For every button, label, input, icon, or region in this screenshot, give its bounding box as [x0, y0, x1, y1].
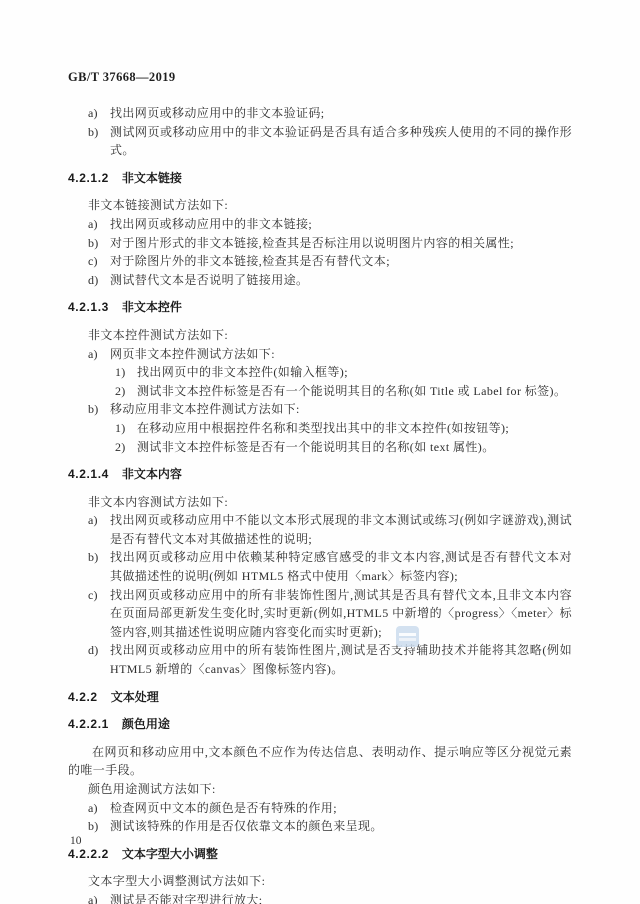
- list-item: a) 找出网页或移动应用中的非文本链接;: [88, 215, 572, 234]
- list-marker: b): [88, 234, 110, 253]
- list-marker: d): [88, 641, 110, 678]
- list-item-text: 在移动应用中根据控件名称和类型找出其中的非文本控件(如按钮等);: [137, 419, 572, 438]
- list-marker: 1): [115, 363, 137, 382]
- section-heading-non-text-link: 4.2.1.2非文本链接: [68, 169, 572, 188]
- list-marker: a): [88, 511, 110, 548]
- section-heading-non-text-control: 4.2.1.3非文本控件: [68, 298, 572, 317]
- list-item-text: 对于除图片外的非文本链接,检查其是否有替代文本;: [110, 252, 572, 271]
- list-marker: a): [88, 215, 110, 234]
- section-title: 颜色用途: [122, 717, 170, 731]
- sub-list-item: 2) 测试非文本控件标签是否有一个能说明其目的名称(如 Title 或 Labe…: [115, 382, 572, 401]
- section-heading-font-size-adjust: 4.2.2.2文本字型大小调整: [68, 845, 572, 864]
- list-marker: 2): [115, 382, 137, 401]
- list-item: a) 网页非文本控件测试方法如下:: [88, 345, 572, 364]
- page-number: 10: [70, 835, 82, 847]
- list-marker: 1): [115, 419, 137, 438]
- section-lead: 非文本链接测试方法如下:: [88, 196, 572, 215]
- list-item-text: 测试替代文本是否说明了链接用途。: [110, 271, 572, 290]
- section-paragraph: 在网页和移动应用中,文本颜色不应作为传达信息、表明动作、提示响应等区分视觉元素的…: [68, 743, 572, 780]
- list-item-text: 找出网页中的非文本控件(如输入框等);: [137, 363, 572, 382]
- section-number: 4.2.2.1: [68, 717, 109, 731]
- section-number: 4.2.2.2: [68, 847, 109, 861]
- list-marker: a): [88, 891, 110, 904]
- list-marker: c): [88, 586, 110, 642]
- list-item-text: 找出网页或移动应用中依赖某种特定感官感受的非文本内容,测试是否有替代文本对其做描…: [110, 548, 572, 585]
- list-item-text: 找出网页或移动应用中的所有装饰性图片,测试是否支持辅助技术并能将其忽略(例如 H…: [110, 641, 572, 678]
- list-item: a) 测试是否能对字型进行放大;: [88, 891, 572, 904]
- list-item-text: 网页非文本控件测试方法如下:: [110, 345, 572, 364]
- section-number: 4.2.2: [68, 690, 98, 704]
- list-item: b) 对于图片形式的非文本链接,检查其是否标注用以说明图片内容的相关属性;: [88, 234, 572, 253]
- list-item-text: 检查网页中文本的颜色是否有特殊的作用;: [110, 799, 572, 818]
- standard-number-header: GB/T 37668—2019: [68, 70, 572, 85]
- section-lead: 文本字型大小调整测试方法如下:: [88, 872, 572, 891]
- list-item-text: 测试非文本控件标签是否有一个能说明其目的名称(如 text 属性)。: [137, 438, 572, 457]
- sub-list-item: 2) 测试非文本控件标签是否有一个能说明其目的名称(如 text 属性)。: [115, 438, 572, 457]
- section-heading-color-usage: 4.2.2.1颜色用途: [68, 715, 572, 734]
- section-number: 4.2.1.3: [68, 300, 109, 314]
- list-marker: a): [88, 104, 110, 123]
- list-item-text: 测试是否能对字型进行放大;: [110, 891, 572, 904]
- sub-list-item: 1) 在移动应用中根据控件名称和类型找出其中的非文本控件(如按钮等);: [115, 419, 572, 438]
- list-marker: 2): [115, 438, 137, 457]
- section-title: 文本处理: [111, 690, 159, 704]
- list-item: c) 对于除图片外的非文本链接,检查其是否有替代文本;: [88, 252, 572, 271]
- section-lead: 非文本控件测试方法如下:: [88, 326, 572, 345]
- section-lead: 非文本内容测试方法如下:: [88, 493, 572, 512]
- list-item-text: 移动应用非文本控件测试方法如下:: [110, 400, 572, 419]
- list-item: a) 检查网页中文本的颜色是否有特殊的作用;: [88, 799, 572, 818]
- section-number: 4.2.1.2: [68, 171, 109, 185]
- list-item: b) 移动应用非文本控件测试方法如下:: [88, 400, 572, 419]
- section-title: 非文本内容: [122, 467, 182, 481]
- section-lead: 颜色用途测试方法如下:: [88, 780, 572, 799]
- section-title: 非文本控件: [122, 300, 182, 314]
- list-marker: b): [88, 123, 110, 160]
- section-heading-non-text-content: 4.2.1.4非文本内容: [68, 465, 572, 484]
- list-item-text: 测试该特殊的作用是否仅依靠文本的颜色来呈现。: [110, 817, 572, 836]
- section-title: 文本字型大小调整: [122, 847, 218, 861]
- list-item: b) 测试网页或移动应用中的非文本验证码是否具有适合多种残疾人使用的不同的操作形…: [88, 123, 572, 160]
- list-marker: a): [88, 799, 110, 818]
- section-number: 4.2.1.4: [68, 467, 109, 481]
- list-item-text: 找出网页或移动应用中的非文本验证码;: [110, 104, 572, 123]
- list-item-text: 找出网页或移动应用中的非文本链接;: [110, 215, 572, 234]
- sub-list-item: 1) 找出网页中的非文本控件(如输入框等);: [115, 363, 572, 382]
- list-marker: b): [88, 400, 110, 419]
- list-marker: c): [88, 252, 110, 271]
- list-item-text: 对于图片形式的非文本链接,检查其是否标注用以说明图片内容的相关属性;: [110, 234, 572, 253]
- list-item: b) 找出网页或移动应用中依赖某种特定感官感受的非文本内容,测试是否有替代文本对…: [88, 548, 572, 585]
- list-item: c) 找出网页或移动应用中的所有非装饰性图片,测试其是否具有替代文本,且非文本内…: [88, 586, 572, 642]
- list-item: a) 找出网页或移动应用中的非文本验证码;: [88, 104, 572, 123]
- document-page: GB/T 37668—2019 a) 找出网页或移动应用中的非文本验证码; b)…: [0, 0, 640, 904]
- list-item: a) 找出网页或移动应用中不能以文本形式展现的非文本测试或练习(例如字谜游戏),…: [88, 511, 572, 548]
- list-item-text: 测试网页或移动应用中的非文本验证码是否具有适合多种残疾人使用的不同的操作形式。: [110, 123, 572, 160]
- watermark-badge-icon: [396, 626, 419, 647]
- list-item-text: 找出网页或移动应用中的所有非装饰性图片,测试其是否具有替代文本,且非文本内容在页…: [110, 586, 572, 642]
- list-item: b) 测试该特殊的作用是否仅依靠文本的颜色来呈现。: [88, 817, 572, 836]
- list-marker: b): [88, 548, 110, 585]
- list-item: d) 找出网页或移动应用中的所有装饰性图片,测试是否支持辅助技术并能将其忽略(例…: [88, 641, 572, 678]
- section-title: 非文本链接: [122, 171, 182, 185]
- list-marker: a): [88, 345, 110, 364]
- list-marker: d): [88, 271, 110, 290]
- list-item: d) 测试替代文本是否说明了链接用途。: [88, 271, 572, 290]
- list-marker: b): [88, 817, 110, 836]
- list-item-text: 测试非文本控件标签是否有一个能说明其目的名称(如 Title 或 Label f…: [137, 382, 572, 401]
- list-item-text: 找出网页或移动应用中不能以文本形式展现的非文本测试或练习(例如字谜游戏),测试是…: [110, 511, 572, 548]
- section-heading-text-processing: 4.2.2文本处理: [68, 688, 572, 707]
